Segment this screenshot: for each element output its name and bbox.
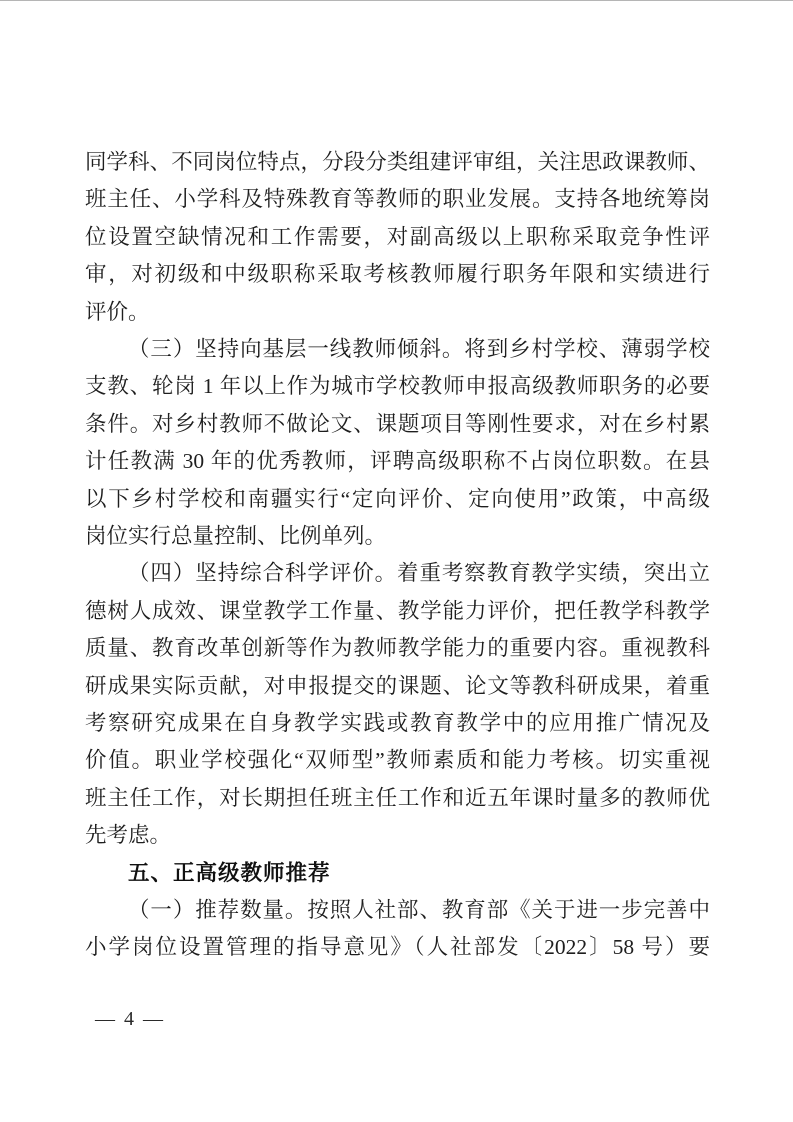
text-line: 班主任工作，对长期担任班主任工作和近五年课时量多的教师优 [85, 785, 710, 812]
text-line: 评价。 [85, 299, 710, 326]
paragraph-text: 将到乡村学校、薄弱学校 [464, 337, 710, 361]
text-line: 质量、教育改革创新等作为教师教学能力的重要内容。重视教科 [85, 635, 710, 662]
paragraph-lead: （四）坚持综合科学评价。 [128, 561, 397, 585]
text-line: 先考虑。 [85, 822, 710, 849]
paragraph-text: 按照人社部、教育部《关于进一步完善中 [307, 898, 710, 922]
text-line: 价值。职业学校强化“双师型”教师素质和能力考核。切实重视 [85, 747, 710, 774]
scan-edge-line [0, 0, 793, 1]
text-line: （四）坚持综合科学评价。着重考察教育教学实绩，突出立 [85, 560, 710, 587]
section-heading: 五、正高级教师推荐 [85, 860, 710, 887]
paragraph-text: 着重考察教育教学实绩，突出立 [397, 561, 710, 585]
text-line: 条件。对乡村教师不做论文、课题项目等刚性要求，对在乡村累 [85, 411, 710, 438]
text-line: 研成果实际贡献，对申报提交的课题、论文等教科研成果，着重 [85, 673, 710, 700]
page-number: — 4 — [95, 1006, 165, 1032]
text-line: 岗位实行总量控制、比例单列。 [85, 523, 710, 550]
text-line: 审，对初级和中级职称采取考核教师履行职务年限和实绩进行 [85, 261, 710, 288]
text-line: 德树人成效、课堂教学工作量、教学能力评价，把任教学科教学 [85, 598, 710, 625]
text-line: 小学岗位设置管理的指导意见》（人社部发〔2022〕58 号）要 [85, 934, 710, 961]
text-line: （一）推荐数量。按照人社部、教育部《关于进一步完善中 [85, 897, 710, 924]
text-line: 同学科、不同岗位特点，分段分类组建评审组，关注思政课教师、 [85, 149, 710, 176]
text-line: 班主任、小学科及特殊教育等教师的职业发展。支持各地统筹岗 [85, 186, 710, 213]
text-line: 考察研究成果在自身教学实践或教育教学中的应用推广情况及 [85, 710, 710, 737]
document-page: 同学科、不同岗位特点，分段分类组建评审组，关注思政课教师、班主任、小学科及特殊教… [0, 0, 793, 1122]
text-line: 计任教满 30 年的优秀教师，评聘高级职称不占岗位职数。在县 [85, 448, 710, 475]
text-line: （三）坚持向基层一线教师倾斜。将到乡村学校、薄弱学校 [85, 336, 710, 363]
text-line: 位设置空缺情况和工作需要，对副高级以上职称采取竞争性评 [85, 224, 710, 251]
text-line: 以下乡村学校和南疆实行“定向评价、定向使用”政策，中高级 [85, 486, 710, 513]
paragraph-lead: （三）坚持向基层一线教师倾斜。 [128, 337, 464, 361]
paragraph-lead: （一）推荐数量。 [128, 898, 307, 922]
text-line: 支教、轮岗 1 年以上作为城市学校教师申报高级教师职务的必要 [85, 373, 710, 400]
